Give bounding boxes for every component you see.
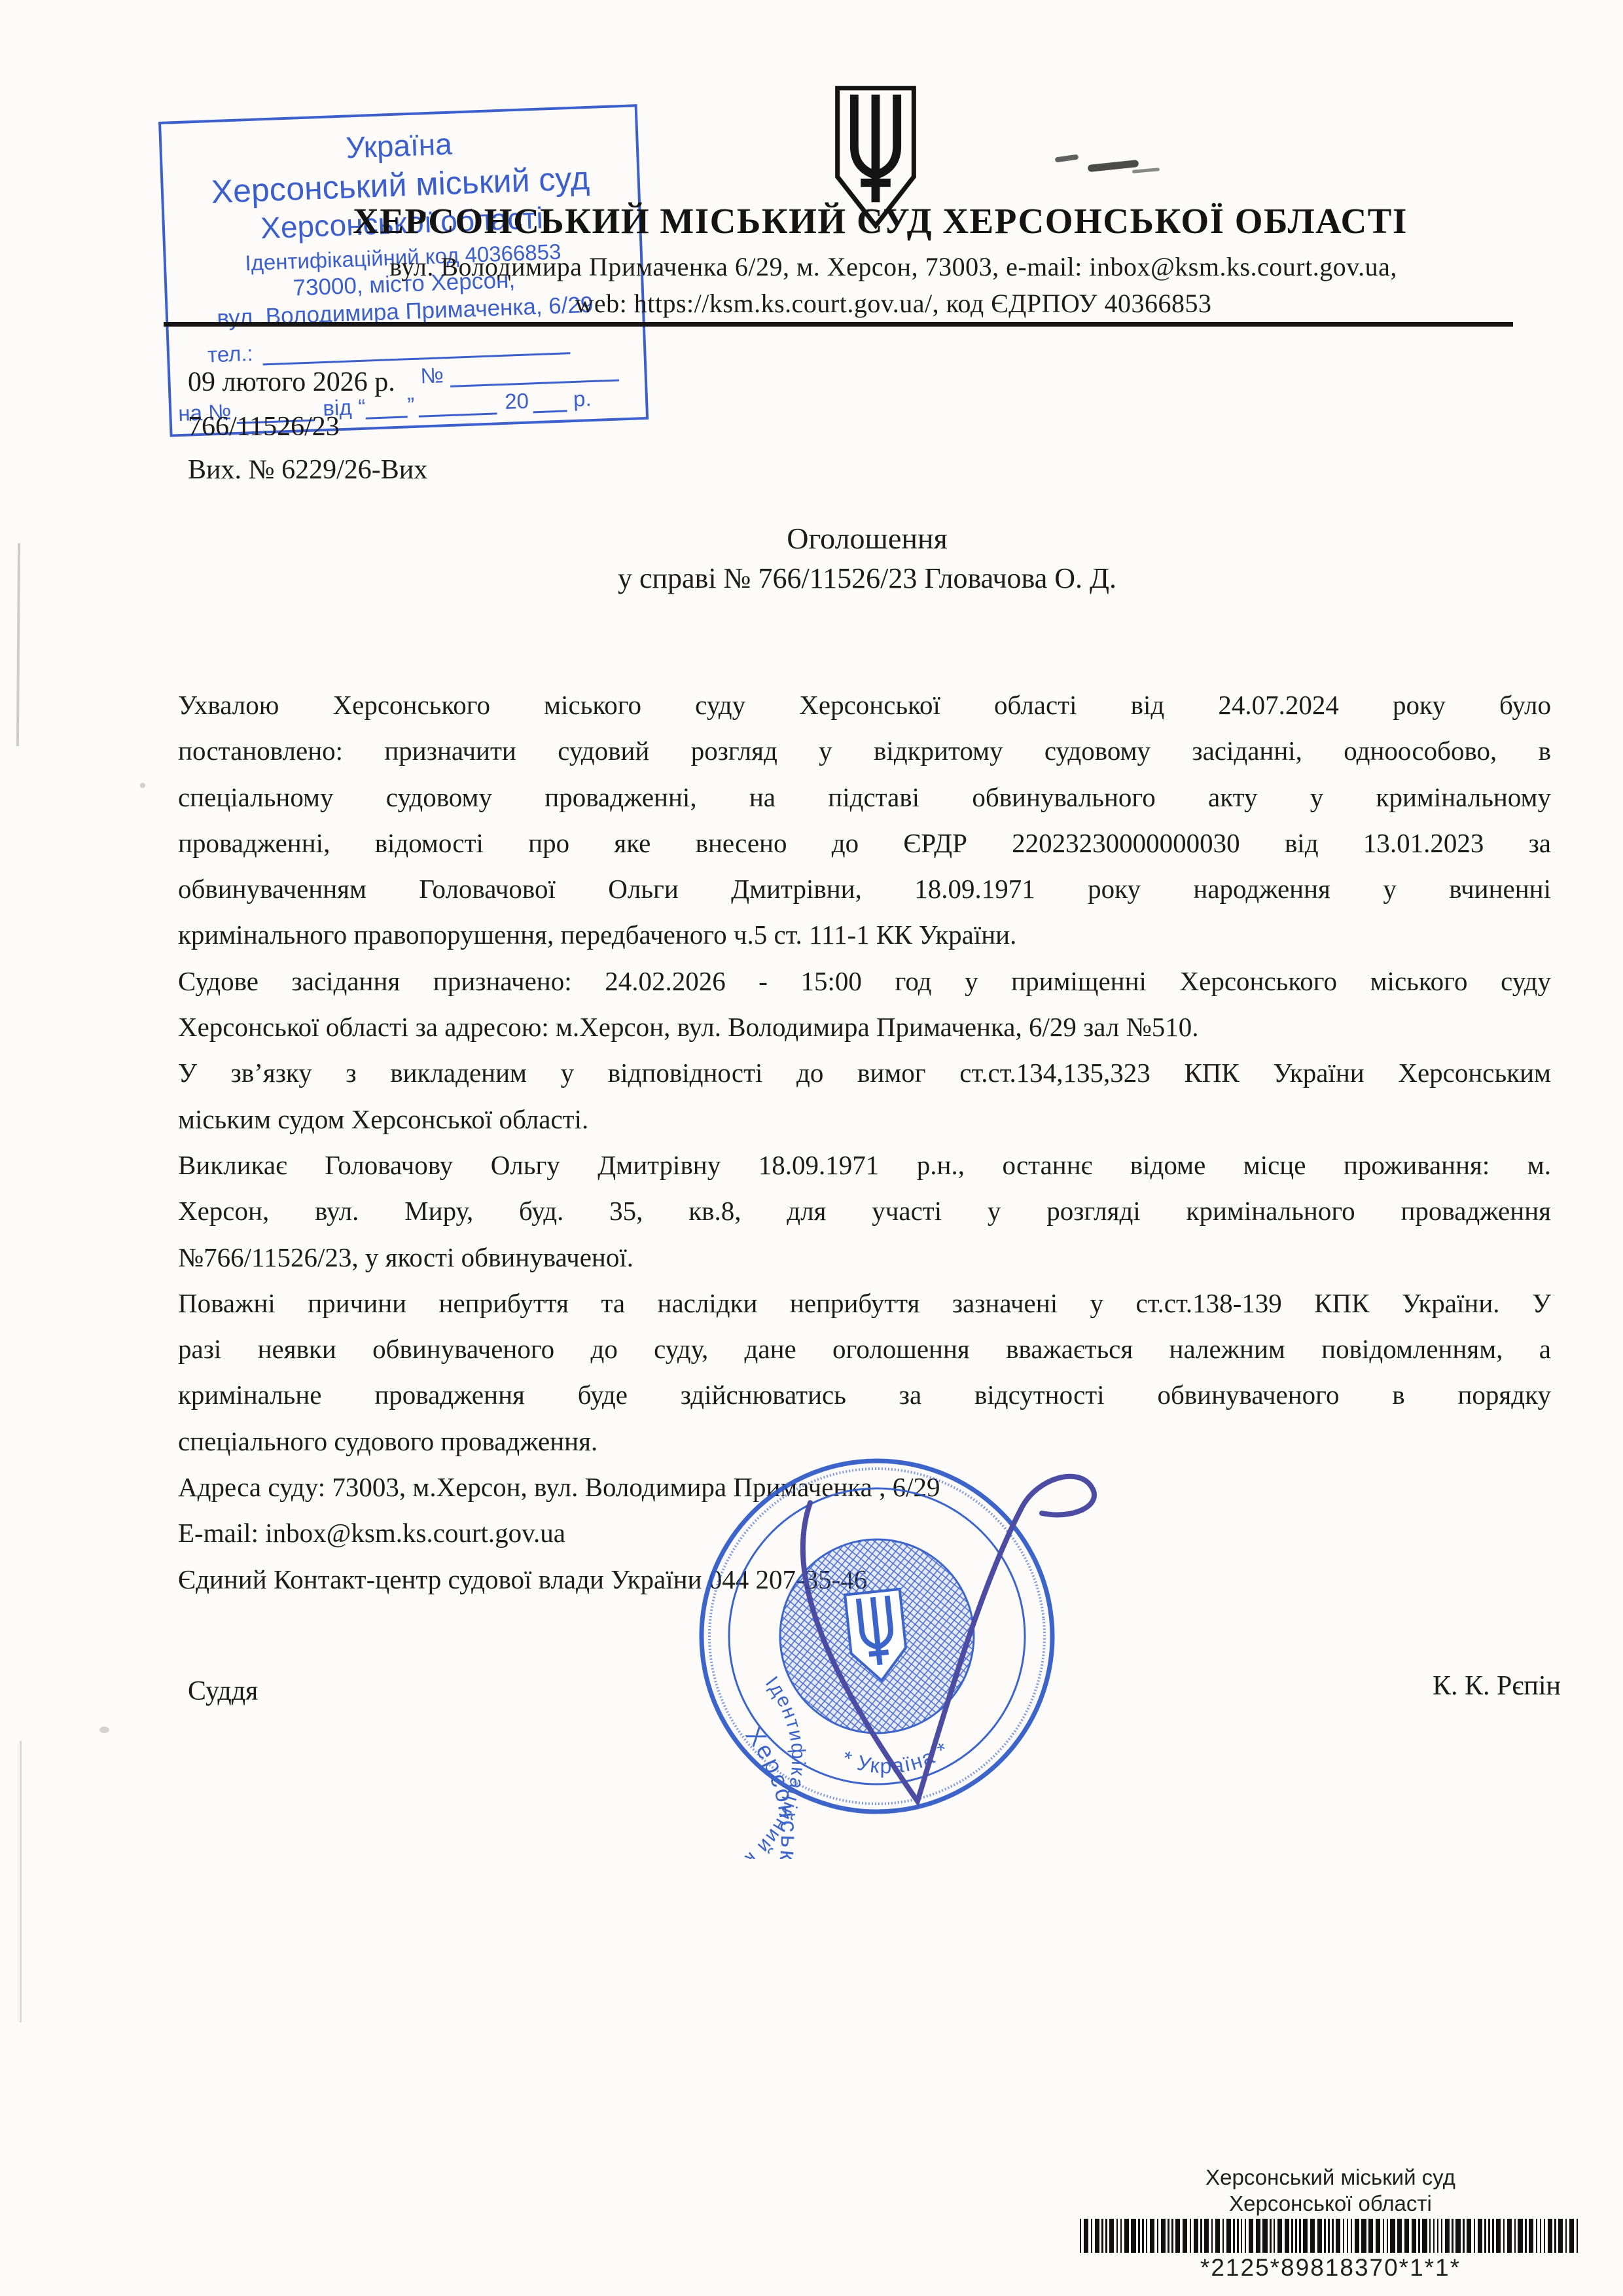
- body-line: міським судом Херсонської області.: [178, 1096, 1551, 1142]
- barcode-bar: [1376, 2219, 1380, 2253]
- barcode-bar: [1452, 2219, 1453, 2253]
- barcode-bar: [1317, 2219, 1322, 2253]
- body-line: Поважні причини неприбуття та наслідки н…: [178, 1280, 1551, 1326]
- body-line: постановлено: призначити судовий розгляд…: [178, 728, 1551, 774]
- barcode-bar: [1146, 2219, 1147, 2253]
- barcode-bar: [1211, 2219, 1213, 2253]
- barcode-bar: [1190, 2219, 1191, 2253]
- barcode-bar: [1204, 2219, 1209, 2253]
- barcode-bar: [1161, 2219, 1166, 2253]
- barcode-bar: [1383, 2219, 1384, 2253]
- barcode-bar: [1237, 2219, 1238, 2253]
- footer-court-name: Херсонський міський суд: [1073, 2165, 1588, 2190]
- barcode-bar: [1368, 2219, 1373, 2253]
- barcode-bar: [1285, 2219, 1289, 2253]
- barcode-bar: [1351, 2219, 1352, 2253]
- barcode-bar: [1441, 2219, 1442, 2253]
- barcode-bar: [1343, 2219, 1344, 2253]
- registration-barcode: [1080, 2219, 1581, 2253]
- barcode-bar: [1303, 2219, 1308, 2253]
- barcode-bar: [1478, 2219, 1482, 2253]
- body-line: У зв’язку з викладеним у відповідності д…: [178, 1050, 1551, 1096]
- barcode-bar: [1194, 2219, 1198, 2253]
- ink-smudge: [1088, 160, 1139, 172]
- scan-edge-artifact: [20, 1741, 22, 2022]
- outgoing-number: Вих. № 6229/26-Вих: [188, 454, 427, 486]
- barcode-bar: [1404, 2219, 1409, 2253]
- header-divider-rule: [164, 322, 1513, 327]
- court-address-line: вул. Володимира Примаченка 6/29, м. Херс…: [0, 251, 1623, 282]
- barcode-bar: [1080, 2219, 1081, 2253]
- barcode-bar: [1492, 2219, 1493, 2253]
- barcode-bar: [1101, 2219, 1103, 2253]
- barcode-bar: [1569, 2219, 1574, 2253]
- scan-edge-artifact: [16, 543, 20, 746]
- stamp-phone-label: тел.:: [207, 341, 253, 368]
- body-line: кримінальне провадження буде здійснювати…: [178, 1372, 1551, 1418]
- stamp-quote: ”: [407, 393, 415, 418]
- barcode-bar: [1433, 2219, 1435, 2253]
- body-line: провадженні, відомості про яке внесено д…: [178, 820, 1551, 866]
- barcode-bar: [1565, 2219, 1567, 2253]
- barcode-bar: [1488, 2219, 1489, 2253]
- barcode-bar: [1249, 2219, 1253, 2253]
- barcode-bar: [1215, 2219, 1220, 2253]
- barcode-bar: [1310, 2219, 1315, 2253]
- court-name-heading: ХЕРСОНСЬКИЙ МІСЬКИЙ СУД ХЕРСОНСЬКОЇ ОБЛА…: [0, 200, 1623, 242]
- ink-smudge: [1055, 154, 1079, 163]
- barcode-bar: [1544, 2219, 1545, 2253]
- barcode-bar: [1455, 2219, 1460, 2253]
- barcode-bar: [1467, 2219, 1471, 2253]
- barcode-bar: [1120, 2219, 1122, 2253]
- barcode-bar: [1295, 2219, 1296, 2253]
- barcode-bar: [1168, 2219, 1169, 2253]
- barcode-bar: [1387, 2219, 1388, 2253]
- barcode-bar: [1422, 2219, 1427, 2253]
- barcode-bar: [1270, 2219, 1271, 2253]
- body-line: разі неявки обвинуваченого до суду, дане…: [178, 1326, 1551, 1372]
- case-number: 766/11526/23: [188, 411, 340, 442]
- body-line: Судове засідання призначено: 24.02.2026 …: [178, 958, 1551, 1004]
- seal-graphic: Херсонський міський суд * Херсонської об…: [681, 1443, 1089, 1859]
- barcode-bar: [1518, 2219, 1522, 2253]
- barcode-bar: [1200, 2219, 1202, 2253]
- barcode-bar: [1084, 2219, 1088, 2253]
- stamp-year-label: 20: [505, 389, 529, 414]
- barcode-bar: [1347, 2219, 1348, 2253]
- barcode-bar: [1445, 2219, 1450, 2253]
- barcode-bar: [1124, 2219, 1129, 2253]
- barcode-bar: [1529, 2219, 1533, 2253]
- barcode-bar: [1245, 2219, 1246, 2253]
- document-title: Оголошення: [180, 521, 1554, 556]
- barcode-bar: [1105, 2219, 1107, 2253]
- barcode-bar: [1226, 2219, 1231, 2253]
- barcode-bar: [1536, 2219, 1537, 2253]
- barcode-bar: [1131, 2219, 1135, 2253]
- barcode-bar: [1233, 2219, 1234, 2253]
- body-line: кримінального правопорушення, передбачен…: [178, 912, 1551, 958]
- barcode-bar: [1175, 2219, 1180, 2253]
- barcode-bar: [1324, 2219, 1325, 2253]
- judge-label: Суддя: [188, 1676, 258, 1707]
- barcode-bar: [1355, 2219, 1359, 2253]
- barcode-bar: [1277, 2219, 1282, 2253]
- barcode-bar: [1241, 2219, 1242, 2253]
- barcode-bar: [1554, 2219, 1556, 2253]
- barcode-bar: [1361, 2219, 1366, 2253]
- barcode-bar: [1274, 2219, 1275, 2253]
- barcode-bar: [1463, 2219, 1464, 2253]
- scan-speck: [140, 783, 145, 788]
- barcode-bar: [1095, 2219, 1099, 2253]
- footer-court-region: Херсонської області: [1073, 2191, 1588, 2216]
- scanned-court-document: ХЕРСОНСЬКИЙ МІСЬКИЙ СУД ХЕРСОНСЬКОЇ ОБЛА…: [0, 0, 1623, 2296]
- stamp-number-label: №: [420, 363, 444, 388]
- barcode-bar: [1328, 2219, 1329, 2253]
- stamp-number-row: №: [420, 356, 625, 388]
- barcode-bar: [1222, 2219, 1224, 2253]
- barcode-bar: [1474, 2219, 1475, 2253]
- barcode-bar: [1558, 2219, 1563, 2253]
- barcode-bar: [1142, 2219, 1143, 2253]
- barcode-bar: [1109, 2219, 1114, 2253]
- body-line: Викликає Головачову Ольгу Дмитрівну 18.0…: [178, 1142, 1551, 1188]
- barcode-bar: [1496, 2219, 1501, 2253]
- barcode-bar: [1390, 2219, 1395, 2253]
- barcode-bar: [1397, 2219, 1402, 2253]
- stamp-blank-line: [532, 387, 567, 413]
- stamp-r-label: р.: [573, 386, 592, 412]
- barcode-bar: [1514, 2219, 1516, 2253]
- stamp-blank-line: [450, 357, 619, 387]
- barcode-bar: [1291, 2219, 1293, 2253]
- barcode-bar: [1525, 2219, 1526, 2253]
- court-web-line: web: https://ksm.ks.court.gov.ua/, код Є…: [0, 288, 1623, 319]
- barcode-bar: [1540, 2219, 1541, 2253]
- barcode-bar: [1418, 2219, 1419, 2253]
- ink-smudge: [1132, 168, 1160, 173]
- barcode-bar: [1256, 2219, 1260, 2253]
- barcode-bar: [1412, 2219, 1416, 2253]
- barcode-bar: [1138, 2219, 1139, 2253]
- barcode-bar: [1336, 2219, 1340, 2253]
- round-court-seal: Херсонський міський суд * Херсонської об…: [681, 1440, 1113, 1862]
- barcode-bar: [1577, 2219, 1578, 2253]
- body-line: №766/11526/23, у якості обвинуваченої.: [178, 1234, 1551, 1280]
- barcode-bar: [1157, 2219, 1158, 2253]
- barcode-bar: [1091, 2219, 1092, 2253]
- barcode-bar: [1484, 2219, 1486, 2253]
- barcode-bar: [1429, 2219, 1431, 2253]
- barcode-bar: [1171, 2219, 1173, 2253]
- document-date: 09 лютого 2026 р.: [188, 367, 395, 398]
- barcode-bar: [1116, 2219, 1118, 2253]
- barcode-bar: [1437, 2219, 1438, 2253]
- body-line: обвинуваченням Головачової Ольги Дмитрів…: [178, 866, 1551, 912]
- judge-name: К. К. Рєпін: [1433, 1670, 1561, 1702]
- barcode-caption: *2125*89818370*1*1*: [1073, 2254, 1588, 2282]
- document-subtitle: у справі № 766/11526/23 Гловачова О. Д.: [180, 562, 1554, 595]
- barcode-bar: [1507, 2219, 1512, 2253]
- barcode-bar: [1150, 2219, 1154, 2253]
- barcode-bar: [1183, 2219, 1187, 2253]
- stamp-blank-line: [418, 390, 497, 417]
- barcode-bar: [1299, 2219, 1300, 2253]
- barcode-bar: [1262, 2219, 1267, 2253]
- body-line: Херсон, вул. Миру, буд. 35, кв.8, для уч…: [178, 1188, 1551, 1234]
- body-line: спеціальному судовому провадженні, на пі…: [178, 774, 1551, 820]
- barcode-bar: [1548, 2219, 1552, 2253]
- barcode-bar: [1332, 2219, 1333, 2253]
- barcode-bar: [1503, 2219, 1505, 2253]
- body-line: Херсонської області за адресою: м.Херсон…: [178, 1004, 1551, 1050]
- body-line: Ухвалою Херсонського міського суду Херсо…: [178, 682, 1551, 728]
- scan-speck: [99, 1727, 109, 1733]
